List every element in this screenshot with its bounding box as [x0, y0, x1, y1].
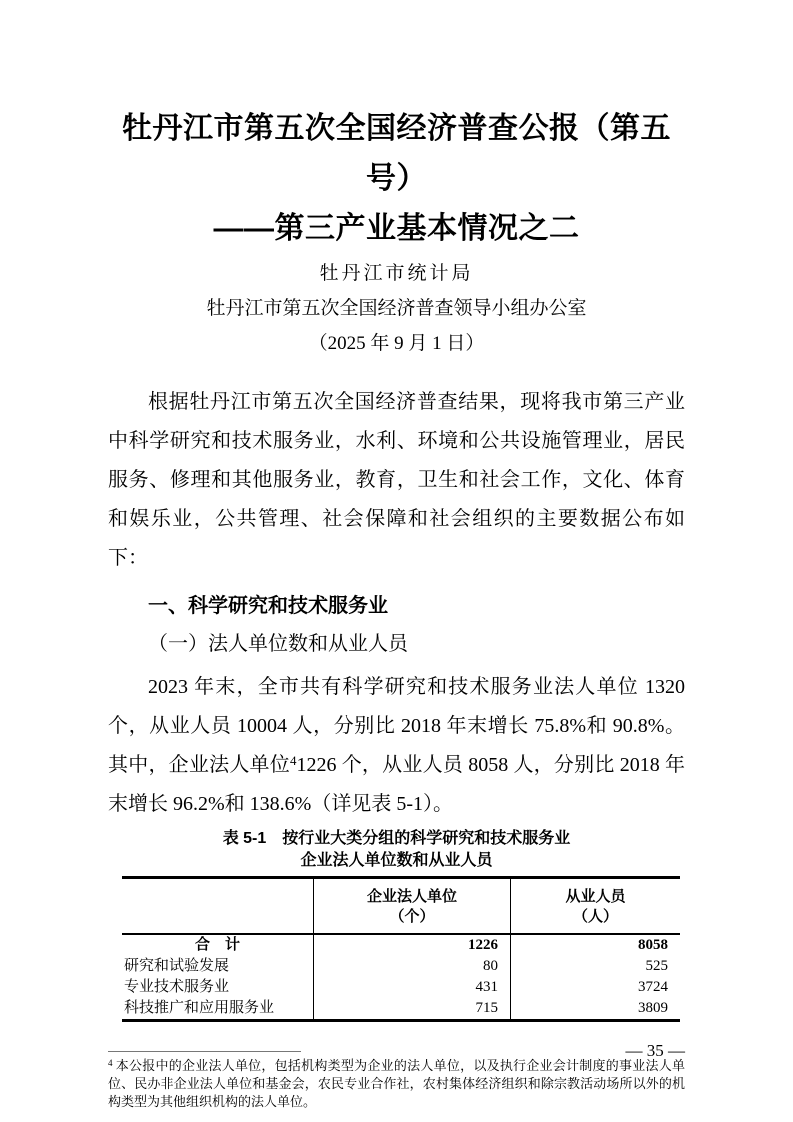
row-employees-value: 3724 [510, 977, 680, 998]
row-label: 专业技术服务业 [122, 977, 313, 998]
document-page: 牡丹江市第五次全国经济普查公报（第五号） ——第三产业基本情况之二 牡丹江市统计… [0, 0, 793, 1122]
document-title-line1: 牡丹江市第五次全国经济普查公报（第五号） [108, 104, 685, 204]
table-header-employees-line1: 从业人员 [511, 887, 680, 907]
table-header-industry [122, 879, 313, 933]
statistics-paragraph: 2023 年末，全市共有科学研究和技术服务业法人单位 1320 个，从业人员 1… [108, 668, 685, 824]
footnote-text: 4本公报中的企业法人单位，包括机构类型为企业的法人单位，以及执行企业会计制度的事… [108, 1057, 685, 1111]
document-title: 牡丹江市第五次全国经济普查公报（第五号） ——第三产业基本情况之二 [108, 104, 685, 254]
row-employees-value: 8058 [510, 935, 680, 956]
byline: 牡丹江市统计局 牡丹江市第五次全国经济普查领导小组办公室 （2025 年 9 月… [108, 256, 685, 361]
row-label: 研究和试验发展 [122, 956, 313, 977]
row-units-value: 715 [313, 998, 510, 1019]
row-employees-value: 525 [510, 956, 680, 977]
table-row: 科技推广和应用服务业 715 3809 [122, 998, 680, 1019]
byline-office: 牡丹江市第五次全国经济普查领导小组办公室 [108, 291, 685, 326]
data-table: 企业法人单位 （个） 从业人员 （人） 合 计 1226 8058 研究和试验发… [122, 876, 680, 1022]
footnote-marker: 4 [108, 1058, 113, 1068]
row-units-value: 80 [313, 956, 510, 977]
table-caption: 表 5-1 按行业大类分组的科学研究和技术服务业 企业法人单位数和从业人员 [108, 828, 685, 872]
row-label: 合 计 [122, 935, 313, 956]
footnote-body: 本公报中的企业法人单位，包括机构类型为企业的法人单位，以及执行企业会计制度的事业… [108, 1058, 685, 1109]
section-heading: 一、科学研究和技术服务业 [108, 592, 685, 620]
table-row: 专业技术服务业 431 3724 [122, 977, 680, 998]
byline-agency: 牡丹江市统计局 [108, 256, 685, 291]
table-header-employees-line2: （人） [511, 907, 680, 927]
table-header-units-line1: 企业法人单位 [314, 887, 510, 907]
byline-date: （2025 年 9 月 1 日） [108, 326, 685, 361]
table-caption-line2: 企业法人单位数和从业人员 [108, 850, 685, 872]
footnote: 4本公报中的企业法人单位，包括机构类型为企业的法人单位，以及执行企业会计制度的事… [108, 1051, 685, 1111]
table-header-units: 企业法人单位 （个） [313, 879, 510, 933]
document-title-line2: ——第三产业基本情况之二 [108, 204, 685, 254]
section-subheading: （一）法人单位数和从业人员 [108, 630, 685, 658]
row-units-value: 431 [313, 977, 510, 998]
table-row: 研究和试验发展 80 525 [122, 956, 680, 977]
table-body: 合 计 1226 8058 研究和试验发展 80 525 专业技术服务业 431… [122, 935, 680, 1019]
table-header-units-line2: （个） [314, 907, 510, 927]
page-content: 牡丹江市第五次全国经济普查公报（第五号） ——第三产业基本情况之二 牡丹江市统计… [108, 0, 685, 1111]
intro-paragraph: 根据牡丹江市第五次全国经济普查结果，现将我市第三产业中科学研究和技术服务业，水利… [108, 383, 685, 578]
table-row: 合 计 1226 8058 [122, 935, 680, 956]
row-label: 科技推广和应用服务业 [122, 998, 313, 1019]
footnote-separator [108, 1051, 301, 1052]
row-units-value: 1226 [313, 935, 510, 956]
table-header-row: 企业法人单位 （个） 从业人员 （人） [122, 879, 680, 935]
table-caption-line1: 表 5-1 按行业大类分组的科学研究和技术服务业 [108, 828, 685, 850]
page-number: — 35 — [626, 1040, 686, 1062]
row-employees-value: 3809 [510, 998, 680, 1019]
table-header-employees: 从业人员 （人） [510, 879, 680, 933]
